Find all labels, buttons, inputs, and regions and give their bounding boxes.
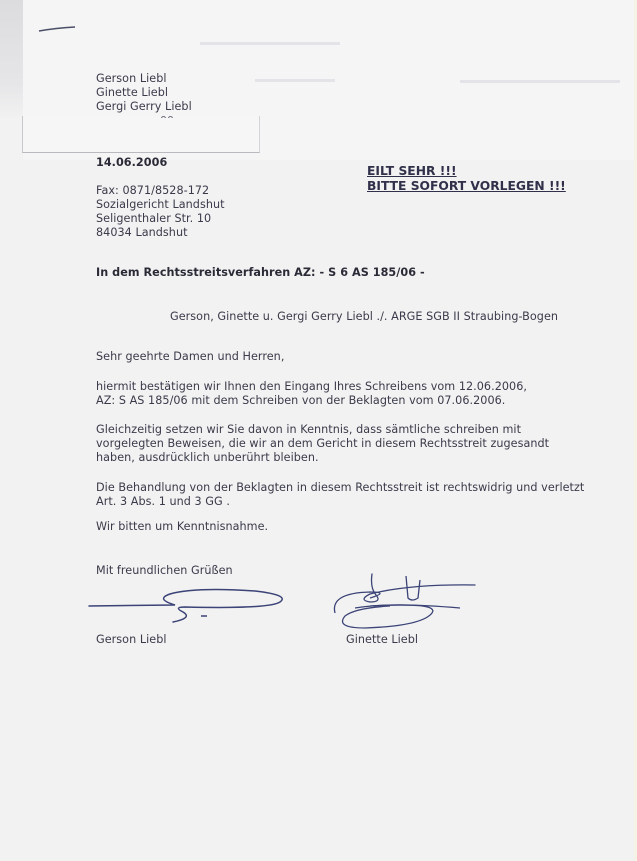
bleed-through-mark bbox=[460, 80, 620, 83]
cutoff-text: 00 bbox=[160, 114, 174, 118]
closing: Mit freundlichen Grüßen bbox=[96, 564, 233, 578]
paragraph2-line2: vorgelegten Beweisen, die wir an dem Ger… bbox=[96, 437, 549, 451]
pasted-paper-patch bbox=[22, 116, 260, 153]
paragraph2-line1: Gleichzeitig setzen wir Sie davon in Ken… bbox=[96, 423, 521, 437]
sender-name-1: Gerson Liebl bbox=[96, 72, 167, 86]
salutation: Sehr geehrte Damen und Herren, bbox=[96, 350, 284, 364]
paragraph3-line2: Art. 3 Abs. 1 und 3 GG . bbox=[96, 495, 230, 509]
recipient-fax: Fax: 0871/8528-172 bbox=[96, 184, 209, 198]
paragraph2-line3: haben, ausdrücklich unberührt bleiben. bbox=[96, 451, 319, 465]
subject-line: In dem Rechtsstreitsverfahren AZ: - S 6 … bbox=[96, 266, 425, 280]
case-parties: Gerson, Ginette u. Gergi Gerry Liebl ./.… bbox=[170, 310, 558, 324]
paragraph4: Wir bitten um Kenntnisnahme. bbox=[96, 520, 268, 534]
recipient-city: 84034 Landshut bbox=[96, 226, 188, 240]
signatory-name-1: Gerson Liebl bbox=[96, 633, 167, 647]
letter-date: 14.06.2006 bbox=[96, 156, 167, 170]
signature-ginette bbox=[330, 568, 480, 630]
sender-name-3: Gergi Gerry Liebl bbox=[96, 100, 192, 114]
urgent-notice-line1: EILT SEHR !!! bbox=[367, 164, 457, 179]
paragraph1-line1: hiermit bestätigen wir Ihnen den Eingang… bbox=[96, 380, 527, 394]
sender-name-2: Ginette Liebl bbox=[96, 86, 168, 100]
paragraph1-line2: AZ: S AS 185/06 mit dem Schreiben von de… bbox=[96, 394, 505, 408]
recipient-name: Sozialgericht Landshut bbox=[96, 198, 225, 212]
bleed-through-mark bbox=[255, 79, 335, 82]
signature-gerson bbox=[85, 585, 295, 625]
staple-mark bbox=[38, 26, 76, 32]
bleed-through-mark bbox=[200, 42, 340, 45]
paragraph3-line1: Die Behandlung von der Beklagten in dies… bbox=[96, 481, 584, 495]
sender-address-cutoff: 00 bbox=[160, 114, 248, 118]
signatory-name-2: Ginette Liebl bbox=[346, 633, 418, 647]
scan-edge-shadow bbox=[0, 0, 23, 120]
urgent-notice-line2: BITTE SOFORT VORLEGEN !!! bbox=[367, 179, 566, 194]
recipient-street: Seligenthaler Str. 10 bbox=[96, 212, 211, 226]
